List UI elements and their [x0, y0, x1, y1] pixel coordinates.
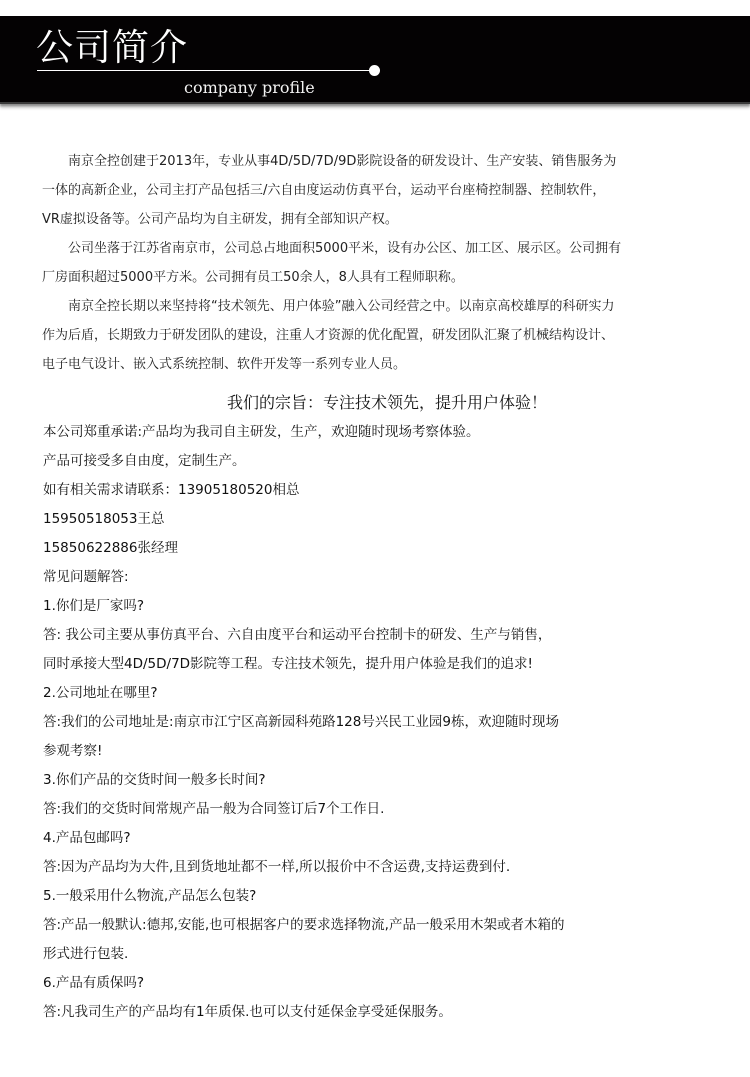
- intro-line: 南京全控长期以来坚持将“技术领先、用户体验”融入公司经营之中。以南京高校雄厚的科…: [68, 299, 614, 314]
- faq-answer: 答:产品一般默认:德邦,安能,也可根据客户的要求选择物流,产品一般采用木架或者木…: [43, 911, 703, 940]
- faq-answer: 答: 我公司主要从事仿真平台、六自由度平台和运动平台控制卡的研发、生产与销售，: [43, 621, 703, 650]
- faq-heading: 常见问题解答:: [43, 563, 703, 592]
- faq-answer: 参观考察!: [43, 737, 703, 766]
- faq-question: 3.你们产品的交货时间一般多长时间?: [43, 766, 703, 795]
- page-subtitle: company profile: [184, 76, 315, 100]
- intro-line: 电子电气设计、嵌入式系统控制、软件开发等一系列专业人员。: [42, 350, 682, 379]
- contact-line: 15850622886张经理: [43, 534, 703, 563]
- faq-answer: 形式进行包装.: [43, 940, 703, 969]
- faq-answer: 答:我们的交货时间常规产品一般为合同签订后7个工作日.: [43, 795, 703, 824]
- contact-line: 如有相关需求请联系：13905180520相总: [43, 476, 703, 505]
- contact-line: 15950518053王总: [43, 505, 703, 534]
- faq-answer: 答:凡我司生产的产品均有1年质保.也可以支付延保金享受延保服务。: [43, 998, 703, 1027]
- faq-question: 2.公司地址在哪里?: [43, 679, 703, 708]
- details-section: 本公司郑重承诺:产品均为我司自主研发，生产，欢迎随时现场考察体验。 产品可接受多…: [43, 418, 703, 1027]
- intro-line: VR虚拟设备等。公司产品均为自主研发，拥有全部知识产权。: [42, 205, 682, 234]
- intro-line: 作为后盾，长期致力于研发团队的建设，注重人才资源的优化配置，研发团队汇聚了机械结…: [42, 321, 682, 350]
- faq-question: 4.产品包邮吗?: [43, 824, 703, 853]
- intro-paragraph-2: 公司坐落于江苏省南京市，公司总占地面积5000平米，设有办公区、加工区、展示区。…: [42, 234, 682, 292]
- faq-answer: 答:我们的公司地址是:南京市江宁区高新园科苑路128号兴民工业园9栋，欢迎随时现…: [43, 708, 703, 737]
- company-motto: 我们的宗旨：专注技术领先，提升用户体验！: [0, 389, 750, 417]
- faq-answer: 答:因为产品均为大件,且到货地址都不一样,所以报价中不含运费,支持运费到付.: [43, 853, 703, 882]
- company-intro: 南京全控创建于2013年，专业从事4D/5D/7D/9D影院设备的研发设计、生产…: [42, 147, 682, 379]
- faq-answer: 同时承接大型4D/5D/7D影院等工程。专注技术领先，提升用户体验是我们的追求!: [43, 650, 703, 679]
- faq-question: 5.一般采用什么物流,产品怎么包装?: [43, 882, 703, 911]
- faq-question: 6.产品有质保吗?: [43, 969, 703, 998]
- page-title: 公司简介: [36, 24, 188, 72]
- intro-paragraph-1: 南京全控创建于2013年，专业从事4D/5D/7D/9D影院设备的研发设计、生产…: [42, 147, 682, 234]
- intro-line: 厂房面积超过5000平方米。公司拥有员工50余人，8人具有工程师职称。: [42, 263, 682, 292]
- intro-line: 南京全控创建于2013年，专业从事4D/5D/7D/9D影院设备的研发设计、生产…: [68, 154, 616, 169]
- underline-dot-icon: [369, 65, 380, 76]
- faq-question: 1.你们是厂家吗?: [43, 592, 703, 621]
- intro-paragraph-3: 南京全控长期以来坚持将“技术领先、用户体验”融入公司经营之中。以南京高校雄厚的科…: [42, 292, 682, 379]
- header-banner: 公司简介 company profile: [0, 16, 750, 102]
- commitment-line: 本公司郑重承诺:产品均为我司自主研发，生产，欢迎随时现场考察体验。: [43, 418, 703, 447]
- title-underline: [37, 70, 374, 71]
- intro-line: 一体的高新企业，公司主打产品包括三/六自由度运动仿真平台，运动平台座椅控制器、控…: [42, 176, 682, 205]
- intro-line: 公司坐落于江苏省南京市，公司总占地面积5000平米，设有办公区、加工区、展示区。…: [68, 241, 621, 256]
- commitment-line: 产品可接受多自由度，定制生产。: [43, 447, 703, 476]
